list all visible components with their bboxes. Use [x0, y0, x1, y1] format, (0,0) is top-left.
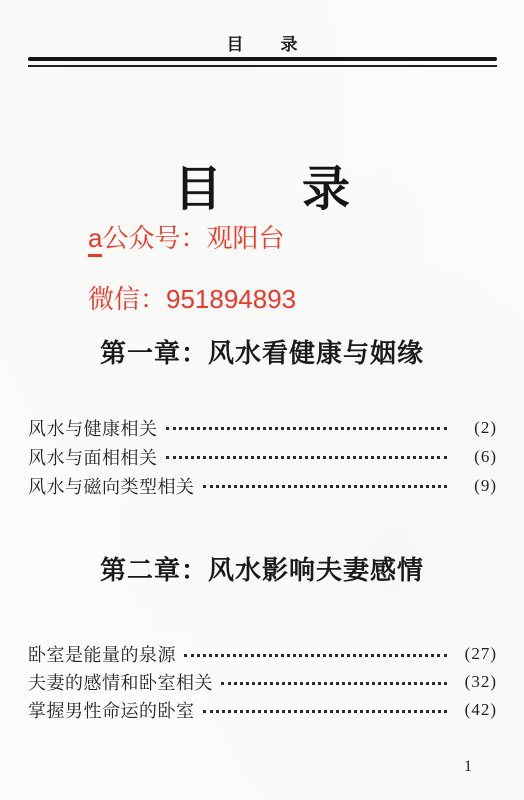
toc-dot-leader [221, 682, 447, 685]
toc-entry-title: 掌握男性命运的卧室 [28, 697, 195, 723]
toc-entry-title: 风水与面相相关 [28, 444, 158, 470]
running-header: 目 录 [0, 30, 524, 55]
toc-entry-title: 风水与磁向类型相关 [28, 473, 195, 499]
toc-entry-page: (9) [457, 476, 497, 496]
toc-entry-page: (2) [457, 418, 497, 438]
toc-entry: 卧室是能量的泉源 (27) [28, 640, 497, 668]
toc-entry-title: 风水与健康相关 [28, 415, 158, 441]
watermark-line-2: 微信：951894893 [88, 279, 296, 316]
chapter-2-heading: 第二章：风水影响夫妻感情 [0, 550, 524, 587]
toc-entry-page: (42) [457, 700, 497, 720]
scanned-toc-page: 目 录 目 录 a公众号：观阳台 微信：951894893 第一章：风水看健康与… [0, 0, 524, 800]
toc-dot-leader [166, 427, 448, 430]
toc-entry-page: (6) [457, 447, 497, 467]
toc-entry: 掌握男性命运的卧室 (42) [28, 696, 497, 724]
chapter-2-toc-list: 卧室是能量的泉源 (27) 夫妻的感情和卧室相关 (32) 掌握男性命运的卧室 … [28, 640, 497, 724]
toc-entry-title: 夫妻的感情和卧室相关 [28, 669, 213, 695]
watermark-line-1: a公众号：观阳台 [88, 218, 284, 255]
folio-page-number: 1 [456, 758, 480, 776]
header-rule-thick [28, 57, 497, 61]
toc-entry-page: (32) [457, 672, 497, 692]
header-rule-thin [28, 65, 497, 67]
toc-entry: 夫妻的感情和卧室相关 (32) [28, 668, 497, 696]
toc-entry: 风水与健康相关 (2) [28, 413, 497, 442]
chapter-1-toc-list: 风水与健康相关 (2) 风水与面相相关 (6) 风水与磁向类型相关 (9) [28, 413, 497, 500]
toc-entry: 风水与磁向类型相关 (9) [28, 471, 497, 500]
toc-entry: 风水与面相相关 (6) [28, 442, 497, 471]
page-title: 目 录 [0, 150, 524, 219]
toc-dot-leader [166, 456, 448, 459]
watermark-underlined-prefix: a [88, 223, 102, 257]
toc-entry-page: (27) [457, 644, 497, 664]
toc-dot-leader [184, 654, 447, 657]
toc-dot-leader [203, 710, 448, 713]
toc-dot-leader [203, 485, 448, 488]
chapter-1-heading: 第一章：风水看健康与姻缘 [0, 333, 524, 370]
watermark-line-1-text: 公众号：观阳台 [102, 223, 284, 253]
toc-entry-title: 卧室是能量的泉源 [28, 641, 176, 667]
